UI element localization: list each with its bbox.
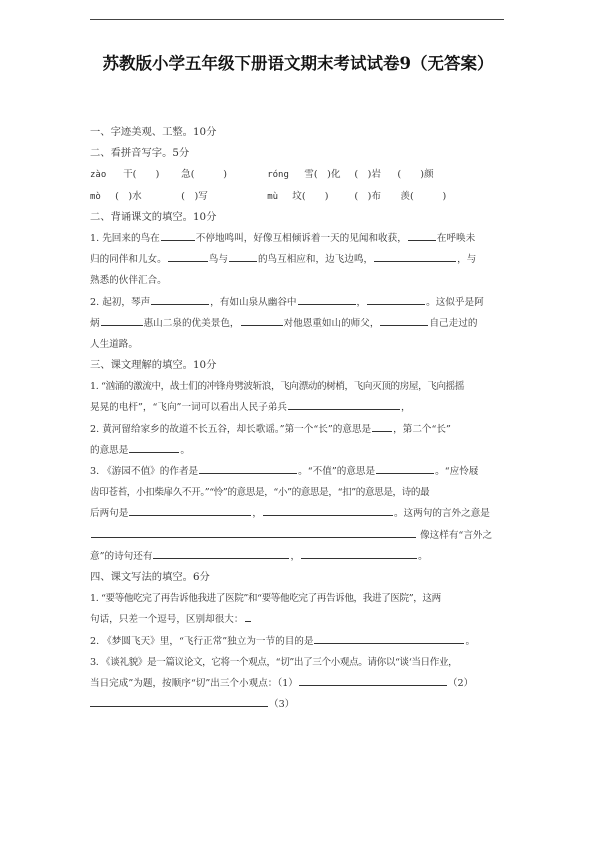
question-text: 晃晃的电杆”，“飞向”一词可以看出人民子弟兵， [90,397,506,418]
question-text-segment: 。这似乎是阿 [426,297,484,308]
question-text-segment: 。 [418,551,428,562]
question-text-segment: （2） [448,678,473,689]
pinyin-rong: róng [267,165,301,186]
question-text-segment: 。 [465,636,475,647]
question-text: 后两句是，。这两句的言外之意是 [90,503,506,524]
fill-blank[interactable] [372,419,392,432]
question-text-segment: 不停地鸣叫，好像互相倾诉着一天的见闻和收获， [196,233,407,244]
question-text-segment: 的意思是 [90,445,128,456]
pinyin-row-1: zào 干( ) 急( ) róng 雪( )化 ( )岩 ( )颜 [90,164,506,185]
question-text: 3. 《游园不值》的作者是。“不值”的意思是。“应怜屐 [90,461,506,482]
fill-blank[interactable] [380,313,428,326]
exam-body: 一、字迹美观、工整。10分 二、看拼音写字。5分 zào 干( ) 急( ) r… [90,122,506,715]
fill-blank[interactable] [298,292,356,305]
question-text: 像这样有“言外之 [90,525,506,546]
question-text: 归的同伴和儿女。鸟与的鸟互相应和，边飞边鸣，，与 [90,249,506,270]
question-text-segment: ，第二个“长” [393,424,451,435]
section-2-heading: 二、看拼音写字。5分 [90,143,506,164]
pinyin-answer-blank[interactable]: ( )岩 [354,164,394,185]
question-text: （3） [90,694,506,715]
question-text-segment: 2. 起初，琴声 [90,297,150,308]
question-text: 齿印苍苔，小扣柴扉久不开。”“怜”的意思是，“小”的意思是，“扣”的意思是，诗的… [90,482,506,503]
question-text-segment: 对他恩重如山的师父， [284,318,380,329]
question-text: 意”的诗句还有，。 [90,546,506,567]
question-text: 句话，只差一个逗号，区别却很大： [90,609,506,630]
fill-blank[interactable] [241,313,283,326]
pinyin-answer-blank[interactable]: 干( ) [123,164,178,185]
pinyin-answer-blank[interactable]: ( )水 [115,186,178,207]
question-text-segment: ， [290,551,300,562]
pinyin-answer-blank[interactable]: 坟( ) [292,186,351,207]
question-text-segment: 晃晃的电杆”，“飞向”一词可以看出人民子弟兵 [90,402,287,413]
question-text-segment: ， [401,402,411,413]
fill-blank[interactable] [91,525,416,538]
question-text-segment: 鸟与 [209,254,228,265]
pinyin-answer-blank[interactable]: ( )布 [354,186,397,207]
question-text-segment: ，有如山泉从幽谷中 [210,297,296,308]
question-text-segment: 自己走过的 [429,318,477,329]
question-text-segment: 。“应怜屐 [435,466,478,477]
question-text: 2. 起初，琴声，有如山泉从幽谷中，。这似乎是阿 [90,292,506,313]
fill-blank[interactable] [90,694,268,707]
question-text-segment: 像这样有“言外之 [420,530,492,541]
fill-blank[interactable] [229,249,257,262]
question-text: 的意思是。 [90,440,506,461]
question-text-segment: 句话，只差一个逗号，区别却很大： [90,614,244,625]
question-text-segment: 归的同伴和儿女。 [90,254,167,265]
section-5-heading: 四、课文写法的填空。6分 [90,567,506,588]
question-text-segment: 炳 [90,318,100,329]
section-1-heading: 一、字迹美观、工整。10分 [90,122,506,143]
question-text-segment: ， [357,297,367,308]
fill-blank[interactable] [288,397,400,410]
fill-blank[interactable] [314,631,464,644]
pinyin-mo: mò [90,187,112,208]
question-text: 熟悉的伙伴汇合。 [90,270,506,291]
question-text-segment: 的鸟互相应和，边飞边鸣， [258,254,373,265]
pinyin-answer-blank[interactable]: 羡( ) [400,186,460,207]
fill-blank[interactable] [101,313,143,326]
fill-blank[interactable] [299,673,447,686]
fill-blank[interactable] [168,249,208,262]
question-text: 3. 《谈礼貌》是一篇议论文，它将一个观点，“切”出了三个小观点。请你以“谈‘当… [90,652,506,673]
fill-blank[interactable] [408,228,436,241]
question-text-segment: 1. 先回来的鸟在 [90,233,160,244]
question-text-segment: 意”的诗句还有 [90,551,152,562]
pinyin-answer-blank[interactable]: 急( ) [181,164,264,185]
question-text: 炳惠山二泉的优美景色，对他恩重如山的师父，自己走过的 [90,313,506,334]
pinyin-answer-blank[interactable]: ( )写 [181,186,264,207]
fill-blank[interactable] [129,440,179,453]
fill-blank[interactable] [301,546,417,559]
question-text-segment: 。 [180,445,190,456]
question-text: 人生道路。 [90,334,506,355]
header-rule [90,19,504,20]
fill-blank[interactable] [161,228,195,241]
pinyin-zao: zào [90,165,120,186]
fill-blank[interactable] [153,546,289,559]
pinyin-mu: mù [267,187,289,208]
question-text-segment: 。“不值”的意思是 [298,466,375,477]
question-text-segment: 。这两句的言外之意是 [394,508,490,519]
fill-blank[interactable] [129,503,251,516]
question-text: 当日完成”为题，按顺序“切”出三个小观点：（1）（2） [90,673,506,694]
fill-blank[interactable] [245,609,251,622]
question-text: 1. 先回来的鸟在不停地鸣叫，好像互相倾诉着一天的见闻和收获，在呼唤未 [90,228,506,249]
fill-blank[interactable] [151,292,209,305]
fill-blank[interactable] [367,292,425,305]
question-text-segment: 在呼唤未 [437,233,475,244]
fill-blank[interactable] [199,461,297,474]
pinyin-answer-blank[interactable]: ( )颜 [397,164,447,185]
pinyin-row-2: mò ( )水 ( )写 mù 坟( ) ( )布 羡( ) [90,186,506,207]
question-text: 2. 黄河留给家乡的故道不长五谷，却长歌谣。”第一个“长”的意思是，第二个“长” [90,419,506,440]
question-text-segment: 当日完成”为题，按顺序“切”出三个小观点：（1） [90,678,298,689]
section-3-heading: 二、背诵课文的填空。10分 [90,207,506,228]
fill-blank[interactable] [263,503,393,516]
fill-blank[interactable] [374,249,456,262]
page-title: 苏教版小学五年级下册语文期末考试试卷9（无答案） [0,50,596,74]
question-text-segment: 3. 《游园不值》的作者是 [90,466,198,477]
fill-blank[interactable] [376,461,434,474]
question-text-segment: 2. 《梦圆飞天》里，“飞行正常”独立为一节的目的是 [90,636,313,647]
question-text-segment: ，与 [457,254,476,265]
question-text: 1. “要等他吃完了再告诉他我进了医院”和“要等他吃完了再告诉他，我进了医院”，… [90,588,506,609]
question-text-segment: 2. 黄河留给家乡的故道不长五谷，却长歌谣。”第一个“长”的意思是 [90,424,371,435]
question-text: 1. “汹涌的激流中，战士们的冲锋舟劈波斩浪，飞向漂动的树梢，飞向灭顶的房屋，飞… [90,376,506,397]
question-text-segment: 后两句是 [90,508,128,519]
question-text-segment: 惠山二泉的优美景色， [144,318,240,329]
question-text-segment: （3） [269,699,294,710]
pinyin-answer-blank[interactable]: 雪( )化 [304,164,351,185]
question-text-segment: ， [252,508,262,519]
section-4-heading: 三、课文理解的填空。10分 [90,355,506,376]
question-text: 2. 《梦圆飞天》里，“飞行正常”独立为一节的目的是。 [90,631,506,652]
